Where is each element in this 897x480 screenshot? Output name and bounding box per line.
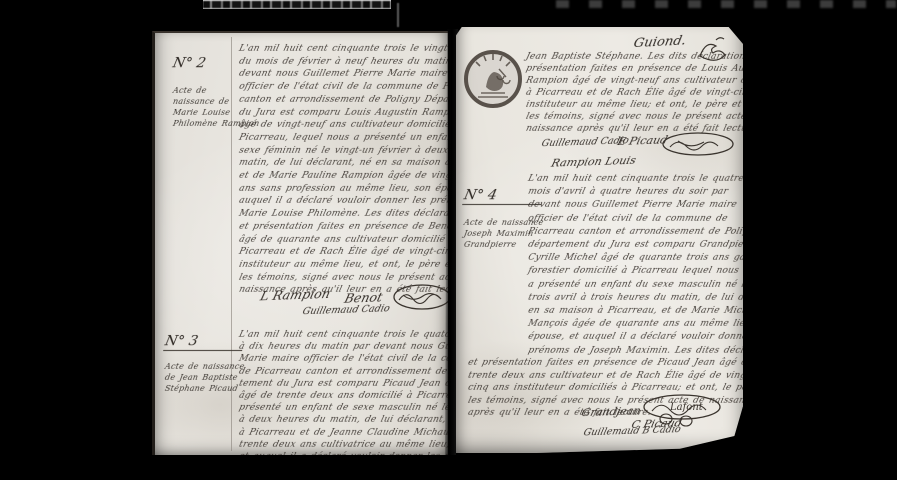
handwriting-line: L'an mil huit cent cinquante trois le vi… (237, 43, 448, 56)
registry-scan: N° 2 Acte denaissance deMarie LouisePhil… (0, 0, 897, 480)
handwriting-line: prénoms de Joseph Maximin. Les dites déc… (526, 345, 743, 358)
handwriting-line: et auquel il a déclaré vouloir donner le… (237, 451, 448, 455)
signature-guillemaud: Guillemaud Cadio (301, 304, 391, 318)
handwriting-line: Picarreau canton et arrondissement de Po… (526, 226, 743, 239)
act-4-body-text: L'an mil huit cent cinquante trois le qu… (528, 173, 743, 358)
handwriting-line: Picarreau et de Rach Élie âgé de vingt-c… (237, 246, 448, 259)
signature-rampion-louis: Rampion Louis (550, 154, 638, 170)
handwriting-line: tement du Jura est comparu Picaud Jean c… (237, 378, 448, 390)
margin-note-act-3: N° 3 Acte de naissancede Jean BaptisteSt… (165, 333, 244, 394)
handwriting-line: Marie maire officier de l'état civil de … (237, 353, 448, 365)
handwriting-line: de Jean Baptiste (164, 372, 245, 383)
handwriting-line: Marie Louise Philomène. Les dites déclar… (237, 208, 448, 221)
left-page: N° 2 Acte denaissance deMarie LouisePhil… (152, 31, 448, 455)
right-page: Guiond. Jean Baptiste Stéphane. Les dits… (456, 27, 743, 453)
handwriting-line: sexe féminin né le vingt-un février à de… (237, 145, 448, 158)
handwriting-line: présentation faites en présence de Louis… (525, 63, 743, 75)
handwriting-line: trois avril à trois heures du matin, de … (526, 292, 743, 305)
handwriting-line: matin, de lui déclarant, né en sa maison… (237, 157, 448, 170)
handwriting-line: département du Jura est comparu Grandpie… (526, 239, 743, 252)
handwriting-line: devant nous Guillemet Pierre Marie maire (237, 68, 448, 81)
handwriting-line: Acte de naissance (164, 361, 245, 372)
handwriting-line: a présenté un enfant du sexe masculin né… (526, 279, 743, 292)
act-3-body-text: L'an mil huit cent cinquante trois le qu… (239, 329, 448, 455)
handwriting-line: Cyrille Michel âgé de quarante trois ans… (526, 252, 743, 265)
film-edge-marks-artifact (556, 0, 896, 8)
revenue-stamp-icon (461, 47, 525, 111)
handwriting-line: L'an mil huit cent cinquante trois le qu… (237, 329, 448, 341)
handwriting-line: instituteur au même lieu, et ont, le pèr… (237, 259, 448, 272)
handwriting-line: trente deux ans cultivatrice au même lie… (237, 439, 448, 451)
handwriting-line: et présentation faites en présence de Pi… (466, 357, 739, 370)
handwriting-line: en sa maison à Picarreau, et de Marie Mi… (526, 305, 743, 318)
handwriting-line: Jean Baptiste Stéphane. Les dits déclara… (525, 51, 743, 63)
handwriting-line: officier de l'état civil de la commune d… (237, 81, 448, 94)
handwriting-line: devant nous Guillemet Pierre Marie maire (526, 199, 743, 212)
handwriting-line: et présentation faites en présence de Be… (237, 221, 448, 234)
handwriting-line: présenté un enfant de sexe masculin né l… (237, 402, 448, 414)
handwriting-line: à deux heures du matin, de lui déclarant… (237, 414, 448, 426)
handwriting-line: à Picarreau et de Rach Élie âgé de vingt… (525, 87, 743, 99)
handwriting-line: et de Marie Pauline Rampion âgée de ving… (237, 170, 448, 183)
signature-paraph-icon (660, 129, 736, 159)
handwriting-line: forestier domicilié à Picarreau lequel n… (526, 265, 743, 278)
handwriting-line: auquel il a déclaré vouloir donner les p… (237, 195, 448, 208)
handwriting-line: ans sans profession au même lieu, son ép… (237, 183, 448, 196)
handwriting-line: de Picarreau canton et arrondissement de… (237, 366, 448, 378)
handwriting-line: Stéphane Picaud (164, 383, 245, 394)
signature-rampion: L Rampion (259, 286, 332, 303)
signature-lafont: Lafont (669, 402, 704, 413)
handwriting-line: canton et arrondissement de Poligny Dépa… (237, 94, 448, 107)
handwriting-line: L'an mil huit cent cinquante trois le qu… (526, 173, 743, 186)
act-2-body-text: L'an mil huit cent cinquante trois le vi… (239, 43, 448, 297)
handwriting-line: Mançois âgée de quarante ans au même lie… (526, 318, 743, 331)
handwriting-line: âgé de vingt-neuf ans cultivateur domici… (237, 119, 448, 132)
margin-note-text: Acte de naissancede Jean BaptisteStéphan… (165, 361, 244, 394)
handwriting-line: Rampion âgé de vingt-neuf ans cultivateu… (525, 75, 743, 87)
signature-grandjean: Grandjean (580, 404, 642, 419)
handwriting-line: du mois de février à neuf heures du mati… (237, 56, 448, 69)
handwriting-line: officier de l'état civil de la commune d… (526, 213, 743, 226)
handwriting-line: Picarreau, lequel nous a présenté un enf… (237, 132, 448, 145)
handwriting-line: âgé de quarante ans cultivateur domicili… (237, 234, 448, 247)
microfilm-header-artifact (203, 0, 391, 9)
handwriting-line: à Picarreau et de Jeanne Claudine Michau… (237, 427, 448, 439)
act-3-continuation-text: Jean Baptiste Stéphane. Les dits déclara… (526, 51, 743, 135)
handwriting-line: mois d'avril à quatre heures du soir par (526, 186, 743, 199)
handwriting-line: instituteur au même lieu; et ont, le pèr… (525, 99, 743, 111)
signature-c-picaud: C Picaud (630, 416, 683, 431)
film-scratch (397, 3, 399, 27)
signature-paraph-icon (391, 281, 448, 313)
handwriting-line: les témoins, signé avec nous le présent … (525, 111, 743, 123)
handwriting-line: du Jura est comparu Louis Augustin Rampi… (237, 107, 448, 120)
handwriting-line: trente deux ans cultivateur et de Rach É… (466, 370, 739, 383)
corner-inscription: Guiond. (632, 34, 687, 52)
handwriting-line: âgé de trente deux ans domicilié à Picar… (237, 390, 448, 402)
handwriting-line: à dix heures du matin par devant nous Gu… (237, 341, 448, 353)
handwriting-line: épouse, et auquel il a déclaré vouloir d… (526, 331, 743, 344)
act-number: N° 3 (163, 333, 246, 351)
